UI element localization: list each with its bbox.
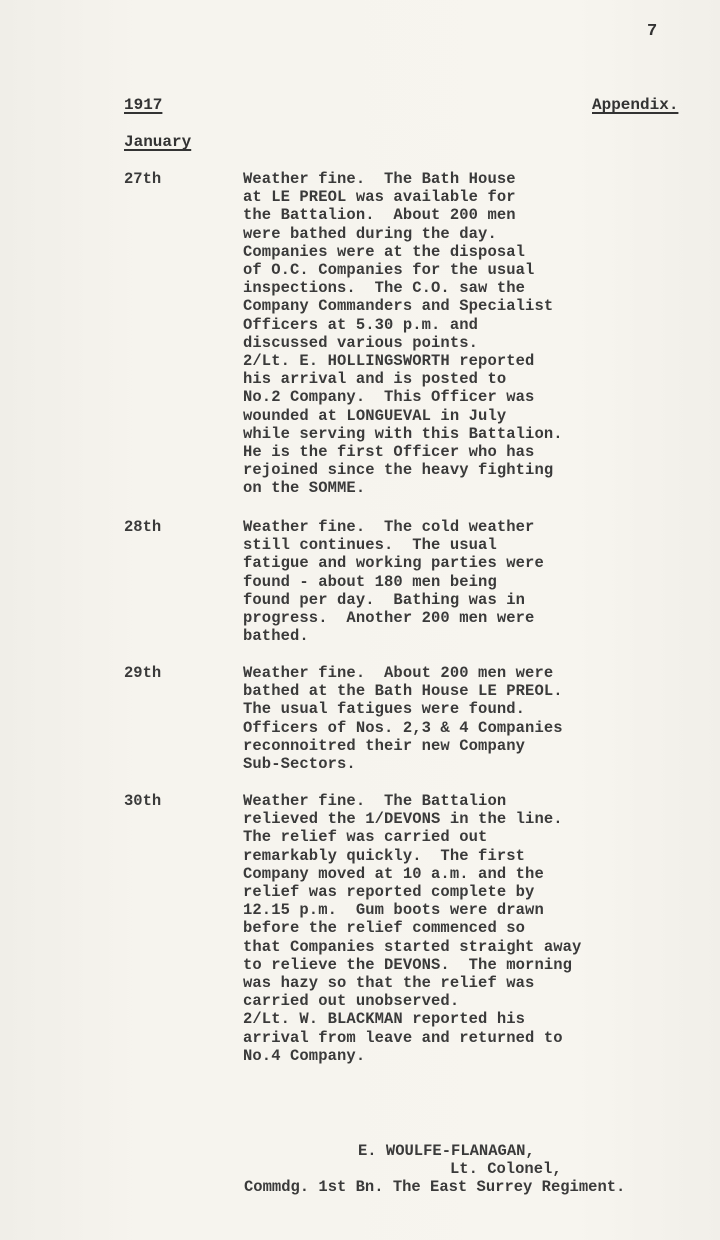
entry-date: 27th	[124, 170, 161, 188]
entry-date: 30th	[124, 792, 161, 810]
appendix-heading: Appendix.	[592, 96, 678, 114]
entry-date: 28th	[124, 518, 161, 536]
year-heading: 1917	[124, 96, 162, 114]
entry-text: Weather fine. About 200 men were bathed …	[243, 664, 703, 773]
entry-text: Weather fine. The cold weather still con…	[243, 518, 703, 645]
entry-date: 29th	[124, 664, 161, 682]
document-page: 7 1917 Appendix. January 27th Weather fi…	[0, 0, 720, 1240]
signatory-rank: Lt. Colonel,	[450, 1160, 562, 1178]
month-heading: January	[124, 133, 191, 151]
page-number: 7	[647, 22, 657, 41]
signatory-unit: Commdg. 1st Bn. The East Surrey Regiment…	[244, 1178, 625, 1196]
entry-text: Weather fine. The Battalion relieved the…	[243, 792, 703, 1065]
entry-text: Weather fine. The Bath House at LE PREOL…	[243, 170, 703, 498]
signatory-name: E. WOULFE-FLANAGAN,	[358, 1142, 535, 1160]
